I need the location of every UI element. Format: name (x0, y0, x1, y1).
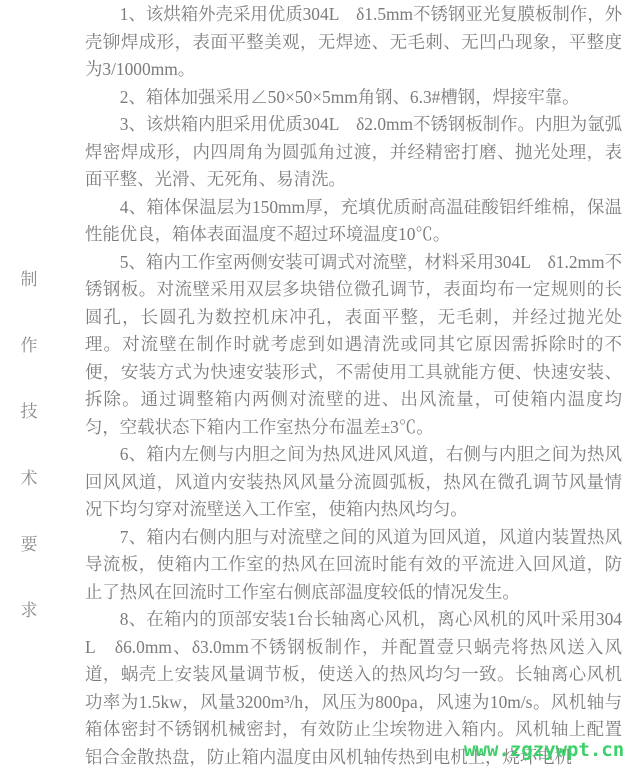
paragraph-6-air-inlet-duct: 6、箱内左侧与内胆之间为热风进风风道，右侧与内胆之间为热风回风风道，风道内安装热… (85, 441, 622, 524)
paragraph-3-inner-liner: 3、该烘箱内胆采用优质304L δ2.0mm不锈钢板制作。内胆为氩弧焊密焊成形，… (85, 111, 622, 194)
paragraph-8-centrifugal-fan: 8、在箱内的顶部安装1台长轴离心风机，离心风机的风叶采用304L δ6.0mm、… (85, 606, 622, 771)
document-page: 制 作 技 术 要 求 1、该烘箱外壳采用优质304L δ1.5mm不锈钢亚光复… (0, 0, 634, 775)
paragraph-2-box-reinforcement: 2、箱体加强采用∠50×50×5mm角钢、6.3#槽钢，焊接牢靠。 (85, 84, 622, 112)
paragraph-5-convection-walls: 5、箱内工作室两侧安装可调式对流壁，材料采用304L δ1.2mm不锈钢板。对流… (85, 249, 622, 442)
paragraph-1-outer-shell: 1、该烘箱外壳采用优质304L δ1.5mm不锈钢亚光复膜板制作，外壳铆焊成形，… (85, 1, 622, 84)
vertical-label-char: 作 (21, 337, 38, 354)
vertical-label-char: 技 (21, 403, 38, 420)
paragraph-7-return-air-duct: 7、箱内右侧内胆与对流壁之间的风道为回风道，风道内装置热风导流板，使箱内工作室的… (85, 524, 622, 607)
vertical-label-char: 求 (21, 602, 38, 619)
vertical-label-char: 制 (21, 271, 38, 288)
paragraph-4-insulation-layer: 4、箱体保温层为150mm厚，充填优质耐高温硅酸铝纤维棉，保温性能优良，箱体表面… (85, 194, 622, 249)
row-header-manufacturing-requirements: 制 作 技 术 要 求 (18, 271, 40, 619)
technical-requirements-text: 1、该烘箱外壳采用优质304L δ1.5mm不锈钢亚光复膜板制作，外壳铆焊成形，… (85, 1, 622, 771)
vertical-label-char: 术 (21, 470, 38, 487)
vertical-label-char: 要 (21, 536, 38, 553)
